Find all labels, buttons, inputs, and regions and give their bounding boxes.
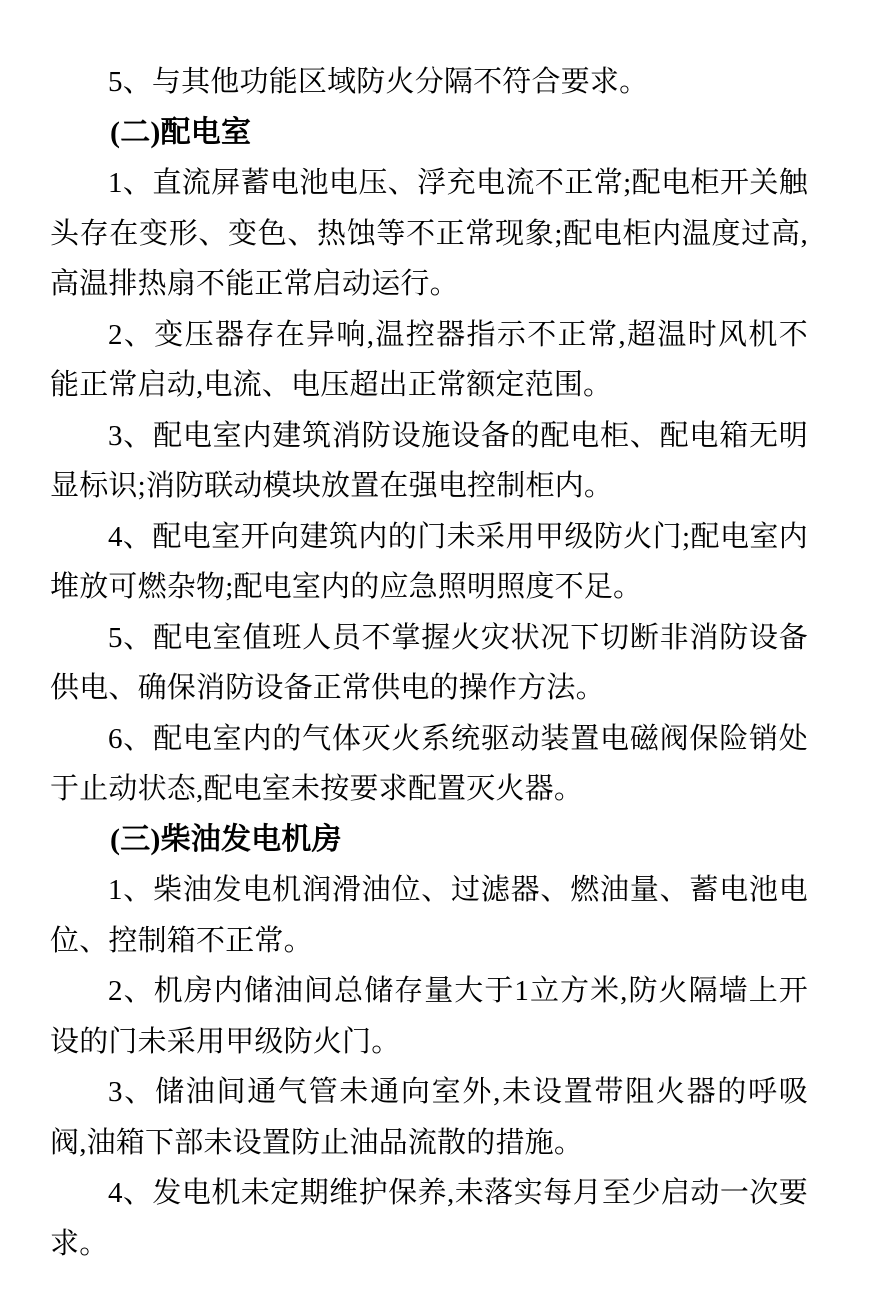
heading-section-3-diesel-generator-room: (三)柴油发电机房 <box>50 815 808 866</box>
item-1-generator-condition: 1、柴油发电机润滑油位、过滤器、燃油量、蓄电池电位、控制箱不正常。 <box>50 865 808 966</box>
item-5-duty-personnel-operation: 5、配电室值班人员不掌握火灾状况下切断非消防设备供电、确保消防设备正常供电的操作… <box>50 613 808 714</box>
item-2-transformer-abnormal: 2、变压器存在异响,温控器指示不正常,超温时风机不能正常启动,电流、电压超出正常… <box>50 310 808 411</box>
item-4-fire-door-and-lighting: 4、配电室开向建筑内的门未采用甲级防火门;配电室内堆放可燃杂物;配电室内的应急照… <box>50 512 808 613</box>
heading-section-2-power-distribution-room: (二)配电室 <box>50 108 808 159</box>
item-3-cabinet-marking: 3、配电室内建筑消防设施设备的配电柜、配电箱无明显标识;消防联动模块放置在强电控… <box>50 411 808 512</box>
item-5-fire-separation: 5、与其他功能区域防火分隔不符合要求。 <box>50 57 808 108</box>
item-3-vent-pipe-flame-arrester: 3、储油间通气管未通向室外,未设置带阻火器的呼吸阀,油箱下部未设置防止油品流散的… <box>50 1067 808 1168</box>
item-4-generator-maintenance: 4、发电机未定期维护保养,未落实每月至少启动一次要求。 <box>50 1168 808 1269</box>
document-page: 5、与其他功能区域防火分隔不符合要求。 (二)配电室 1、直流屏蓄电池电压、浮充… <box>0 0 875 1314</box>
document-body: 5、与其他功能区域防火分隔不符合要求。 (二)配电室 1、直流屏蓄电池电压、浮充… <box>50 57 808 1269</box>
item-6-gas-suppression-solenoid: 6、配电室内的气体灭火系统驱动装置电磁阀保险销处于止动状态,配电室未按要求配置灭… <box>50 714 808 815</box>
item-1-dc-panel-battery-voltage: 1、直流屏蓄电池电压、浮充电流不正常;配电柜开关触头存在变形、变色、热蚀等不正常… <box>50 158 808 310</box>
item-2-oil-storage-capacity: 2、机房内储油间总储存量大于1立方米,防火隔墙上开设的门未采用甲级防火门。 <box>50 966 808 1067</box>
